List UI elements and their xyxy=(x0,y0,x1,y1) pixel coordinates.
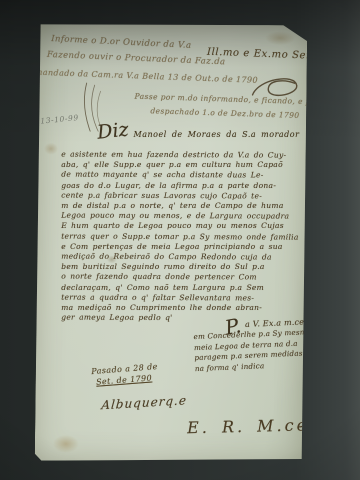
body-line: Manoel de Moraes da S.a morador xyxy=(134,130,300,139)
header-dispatch-line: Informe o D.or Ouvidor da V.a xyxy=(51,34,192,51)
body-line: e Com pertenças de meia Legoa principian… xyxy=(61,242,299,252)
decorated-initial: Diz xyxy=(96,119,129,144)
body-line: Legoa pouco may ou menos, e de Largura o… xyxy=(61,211,299,222)
manuscript-photograph: Informe o D.or Ouvidor da V.a Ill.mo e E… xyxy=(0,0,360,480)
body-line: terras a quadra o q' faltar Sellevantara… xyxy=(61,292,299,303)
body-line: goas do d.o Lugar, de la afirma p.a a pa… xyxy=(61,181,299,191)
body-line: mediçaõ do Rebeiraõ do Campo Redondo cuj… xyxy=(61,252,299,263)
paper-stain xyxy=(265,31,295,45)
header-dispatch-line: despachado 1.o de Dez.bro de 1790 xyxy=(150,106,299,120)
header-dispatch-line: Fazendo ouvir o Procurador da Faz.da xyxy=(47,50,226,67)
body-line: o norte fazendo quadra donde pertencer C… xyxy=(61,272,299,283)
body-opening-line: DizManoel de Moraes da S.a morador xyxy=(61,120,299,150)
body-line: E hum quarto de Legoa pouco may ou menos… xyxy=(61,222,299,232)
closing-formula: E. R. M.ce xyxy=(187,415,309,437)
body-line: declaraçam, q' Como naõ tem Largura p.a … xyxy=(61,283,299,293)
header-dispatch-line: mandado da Cam.ra V.a Bella 13 de Out.o … xyxy=(35,68,258,85)
paper-stain xyxy=(44,143,58,155)
body-line: terras quer o Supp.e tomar p.a Sy mesmo … xyxy=(61,231,299,242)
body-line: cente p.a fabricar suas Lavoras cujo Cap… xyxy=(61,190,299,201)
body-line: de matto mayante q' se acha distante dua… xyxy=(61,170,299,181)
dispatch-date: Pasado a 28 de Set. de 1790 xyxy=(91,361,159,388)
petition-body: DizManoel de Moraes da S.a morador e asi… xyxy=(61,120,299,323)
body-line: e asistente em hua fazenda destricto da … xyxy=(61,150,299,161)
manuscript-paper: Informe o D.or Ouvidor da V.a Ill.mo e E… xyxy=(35,23,308,464)
paper-stain xyxy=(53,435,79,453)
official-signature: Albuquerq.e xyxy=(101,393,188,412)
request-block: P. a V. Ex.a m.ce lhe faça em Concederlh… xyxy=(193,316,343,374)
